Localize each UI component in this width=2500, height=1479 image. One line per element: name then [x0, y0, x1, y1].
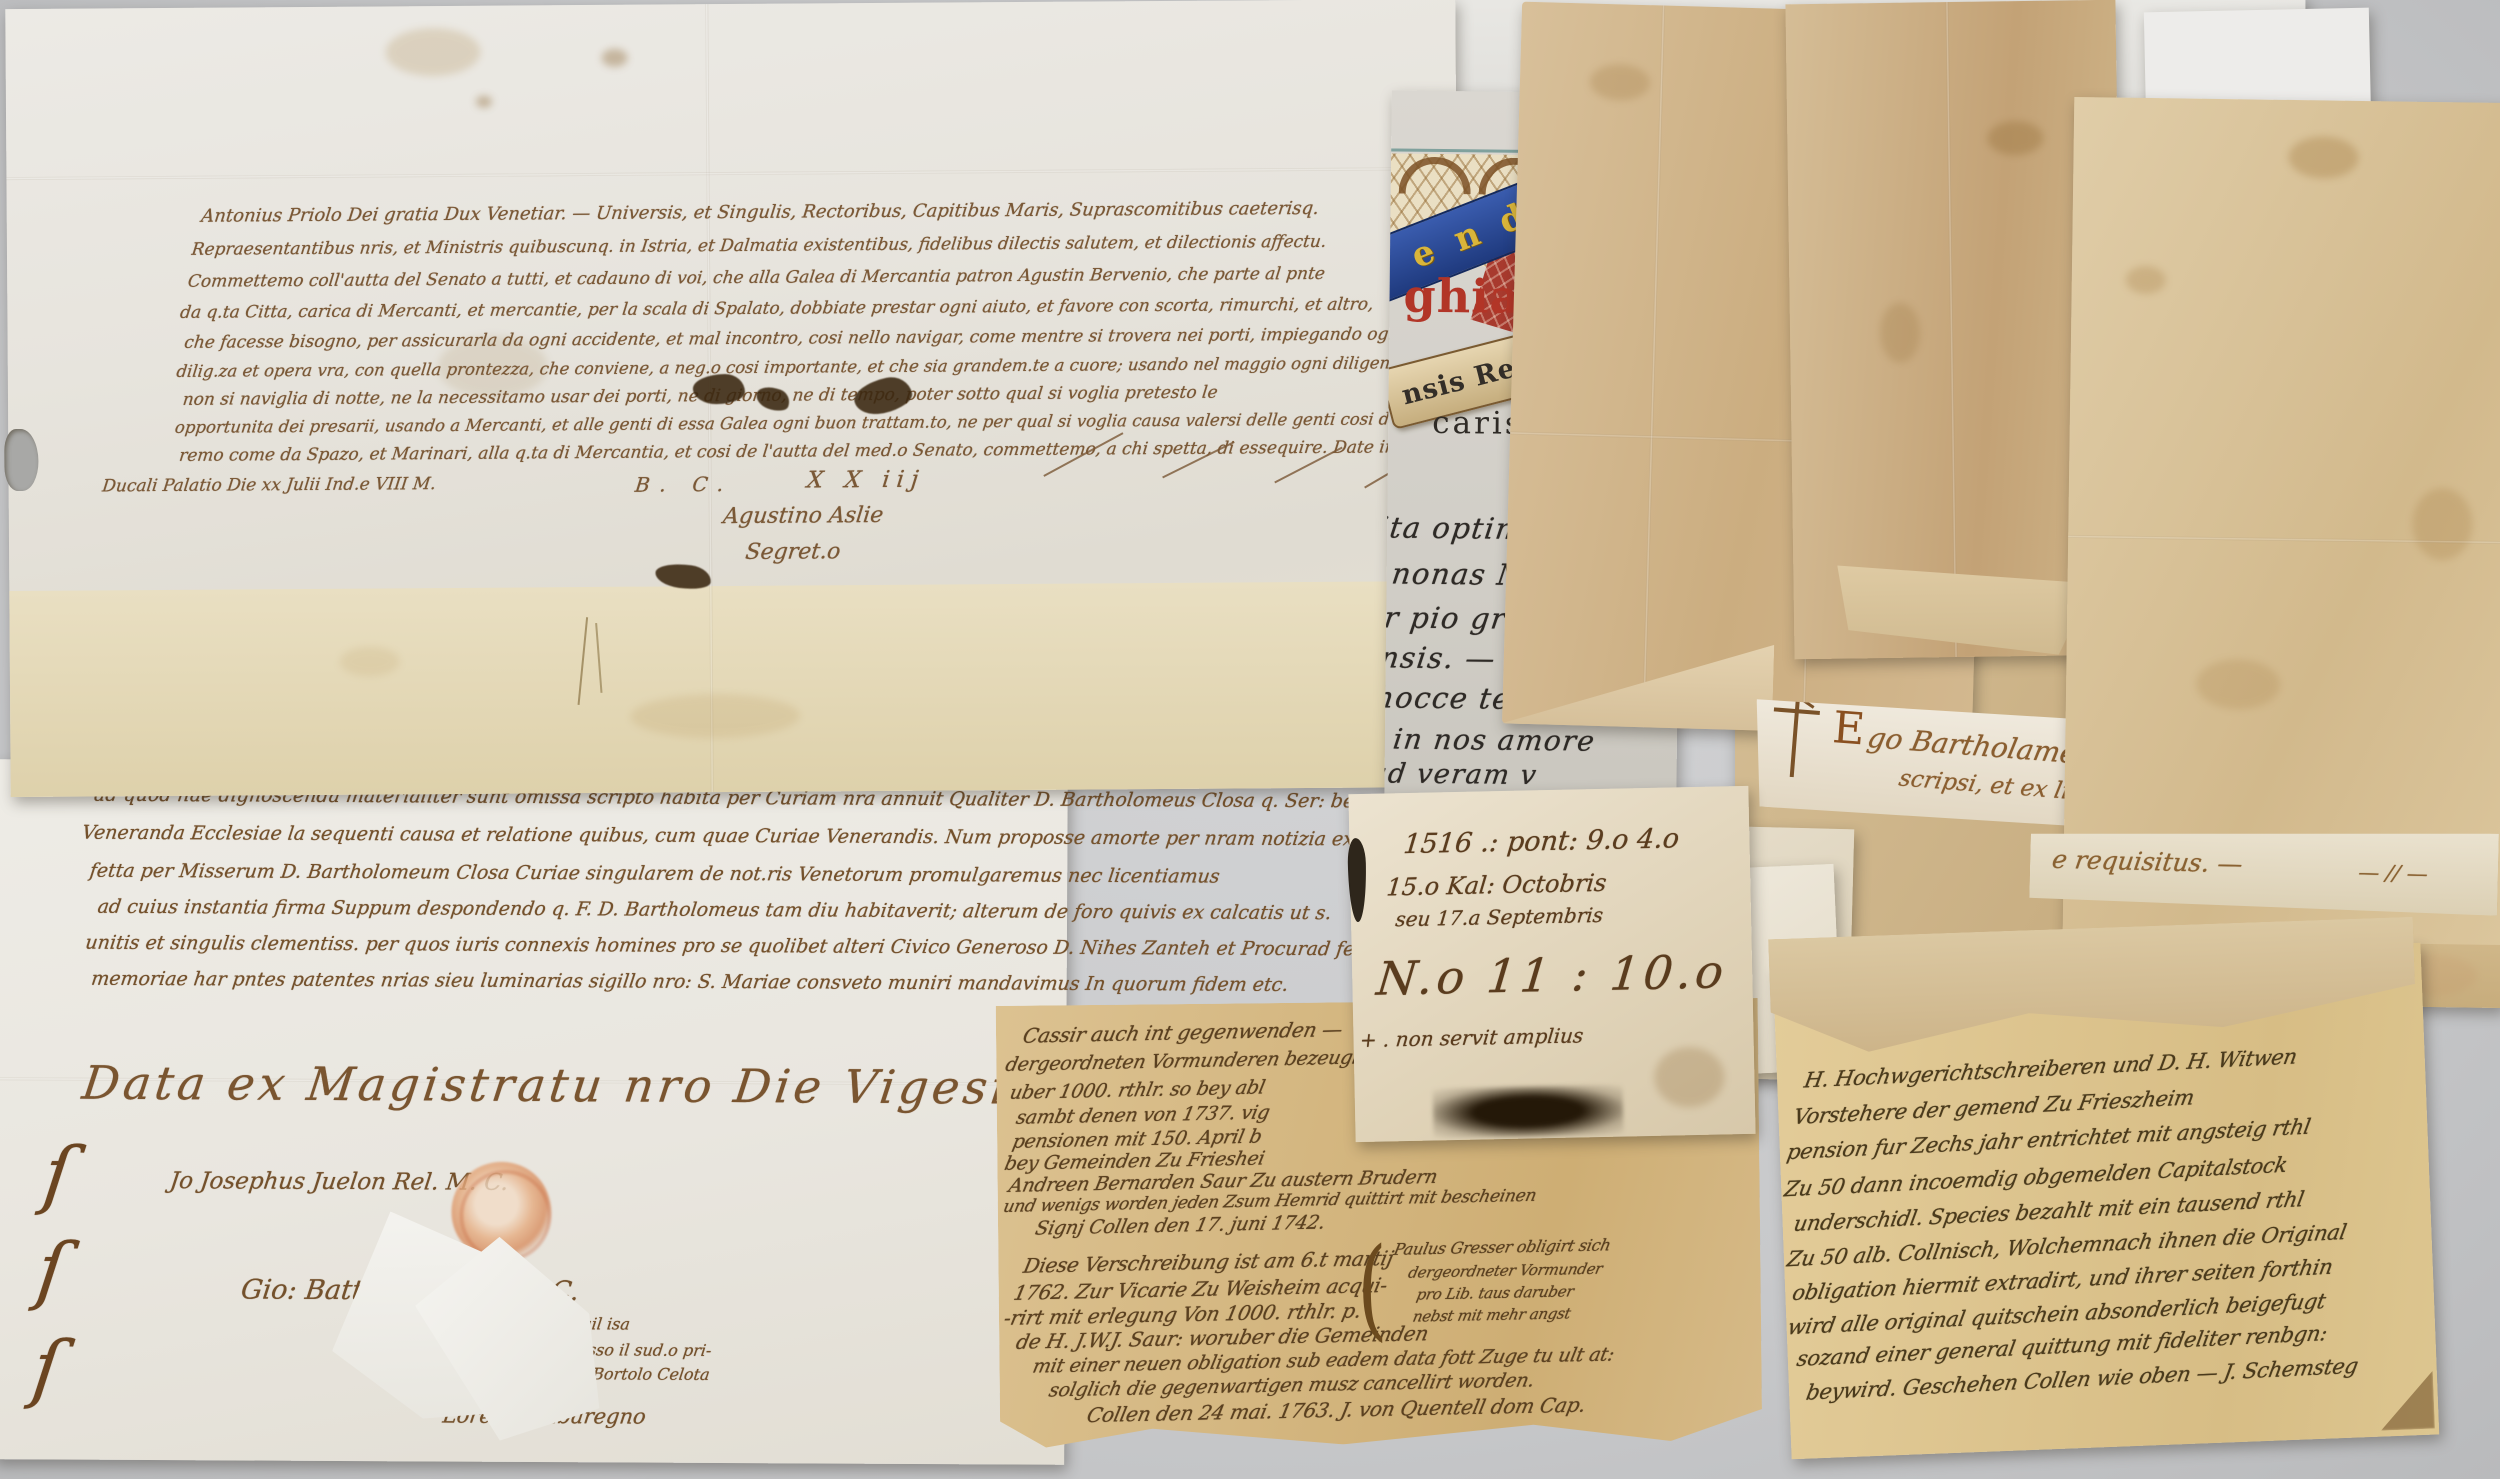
vellum-crease	[1945, 2, 1957, 657]
calligraphic-line: ad veram v	[1384, 758, 1539, 791]
ducal-text-line: Antonius Priolo Dei gratia Dux Venetiar.…	[200, 198, 1320, 227]
foxing-stain	[476, 96, 492, 108]
ducal-text-line: che facesse bisogno, per assicurarla da …	[183, 324, 1406, 353]
margin-flourish: ſ	[32, 1227, 70, 1313]
receipt-text-line: uber 1000. rthlr. so bey abl	[1008, 1077, 1267, 1104]
foxing-stain	[602, 49, 628, 67]
margin-flourish: ſ	[28, 1325, 66, 1411]
secretary-signature: Segret.o	[744, 539, 842, 565]
foxing-stain	[385, 28, 480, 77]
patent-text-line: ad cuius instantia firma Suppum desponde…	[96, 896, 1333, 924]
card-date-line: seu 17.a Septembris	[1394, 903, 1604, 931]
receipt-side-note: dergeordneter Vormunder	[1407, 1260, 1604, 1282]
vellum-stain	[2196, 659, 2281, 710]
receipt-text-line: Signj Collen den 17. juni 1742.	[1033, 1212, 1327, 1240]
manuscript-group-photo: ad quod hae dignoscenda materialiter sun…	[0, 0, 2500, 1479]
calligraphic-line: ensis. —	[1384, 640, 1498, 675]
card-year-line: 1516 .: pont: 9.o 4.o	[1402, 823, 1681, 860]
receipt-text-line: Cassir auch int gegenwenden —	[1021, 1017, 1345, 1048]
receipt-text-line: sambt denen von 1737. vig	[1014, 1101, 1272, 1128]
requisitus-text: e requisitus. —	[2050, 845, 2245, 879]
parchment-band	[9, 581, 1460, 797]
card-stain	[1654, 1046, 1725, 1107]
fold-crease	[6, 167, 1456, 180]
vellum-stain	[2126, 266, 2166, 295]
ink-blot	[693, 374, 745, 404]
vellum-stain	[1880, 302, 1921, 363]
tracery-arch	[1399, 157, 1471, 195]
calligraphic-line: e in nos amore	[1384, 722, 1597, 757]
patent-text-line: Veneranda Ecclesiae la sequenti causa et…	[81, 822, 1475, 851]
vellum-crease	[1642, 5, 1665, 727]
receipt-side-note: Paulus Gresser obligirt sich	[1392, 1235, 1612, 1259]
cross-vertical-bar	[1790, 691, 1801, 777]
receipt-side-note: pro Lib. taus daruber	[1415, 1282, 1575, 1303]
margin-ink-mark	[1347, 838, 1367, 922]
folio-number: X X iij	[805, 467, 926, 494]
notarial-patent-sheet: ad quod hae dignoscenda materialiter sun…	[0, 759, 1068, 1465]
vellum-stain	[2412, 488, 2473, 561]
corner-stain	[2379, 1371, 2435, 1431]
patent-text-line: unitis et singulis clementiss. per quos …	[84, 932, 1413, 961]
ducal-text-line: Repraesentantibus nris, et Ministris qui…	[191, 232, 1328, 260]
card-bottom-smudge	[1433, 1085, 1624, 1139]
card-date-line: 15.o Kal: Octobris	[1385, 869, 1608, 902]
receipt-text-line: dergeordneten Vormunderen bezeuglich	[1004, 1046, 1389, 1076]
margin-flourish: ſ	[39, 1131, 77, 1217]
receipt-side-note: nebst mit mehr angst	[1411, 1304, 1572, 1325]
notary-cross-icon	[1769, 689, 1822, 778]
edge-tear-hole	[4, 429, 38, 491]
vellum-stain	[1589, 64, 1650, 102]
ego-initial: E	[1831, 702, 1867, 755]
secretary-signature: Agustino Aslie	[722, 503, 885, 529]
patent-text-line: fetta per Misserum D. Bartholomeum Closa…	[88, 860, 1221, 888]
ducal-text-line: opportunita dei presarii, usando a Merca…	[174, 409, 1400, 437]
vellum-fold-flap	[1837, 556, 2094, 658]
brace-mark: (	[1356, 1224, 1387, 1352]
vellum-fold-flap	[1502, 637, 1774, 731]
registrar-mark: B. C.	[634, 472, 735, 497]
card-number-line: N.o 11 : 10.o	[1374, 944, 1730, 1005]
date-card-1516: 1516 .: pont: 9.o 4.o 15.o Kal: Octobris…	[1348, 786, 1755, 1142]
card-note-line: + . non servit amplius	[1359, 1023, 1585, 1052]
ducal-text-line: remo come da Spazo, et Marinari, alla q.…	[178, 437, 1432, 466]
ducal-text-line: dilig.za et opera vra, con quella pronte…	[176, 353, 1419, 381]
ducal-letter-sheet: Antonius Priolo Dei gratia Dux Venetiar.…	[5, 0, 1460, 797]
ducal-text-line: Commettemo coll'autta del Senato a tutti…	[187, 264, 1326, 292]
patent-text-line: memoriae har pntes patentes nrias sieu l…	[90, 968, 1290, 996]
requisitus-marks: — // —	[2357, 860, 2430, 886]
vellum-stain	[2288, 136, 2359, 179]
obligation-text-line: H. Hochwgerichtschreiberen und D. H. Wit…	[1802, 1044, 2299, 1092]
ducal-text-line: da q.ta Citta, carica di Mercanti, et me…	[179, 295, 1375, 323]
receipt-text-line: Diese Verschreibung ist am 6.t martij	[1021, 1246, 1395, 1278]
ducal-text-line: Ducali Palatio Die xx Julii Ind.e VIII M…	[101, 474, 437, 496]
vellum-stain	[1987, 121, 2043, 156]
